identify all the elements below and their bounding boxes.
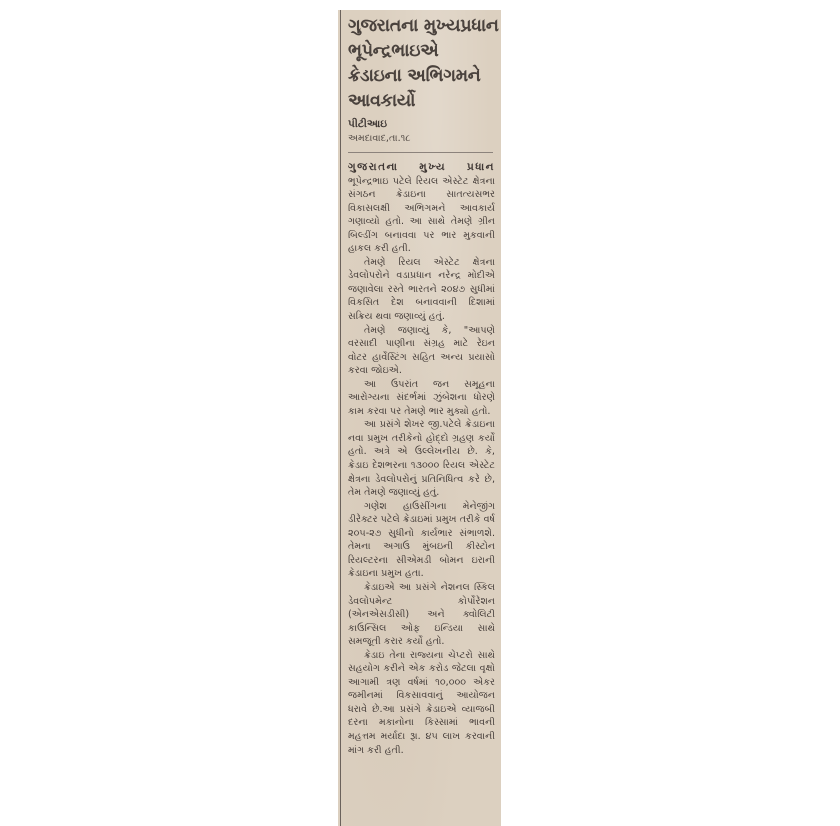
headline-line: ક્રેડાઇના અભિગમને — [348, 64, 495, 89]
headline-line: આવકાર્યો — [348, 89, 495, 114]
article-body: ગુજરાતના મુખ્ય પ્રધાન ભૂપેન્દ્રભાઇ પટેલે… — [348, 161, 495, 757]
article-paragraph: ગણેશ હાઉસીંગના મેનેજીંગ ડીરેક્ટર પટેલે ક… — [348, 500, 495, 581]
headline-line: ભૂપેન્દ્રભાઇએ — [348, 39, 495, 64]
lead-words: ગુજરાતના મુખ્ય પ્રધાન — [348, 161, 495, 173]
article-paragraph: ગુજરાતના મુખ્ય પ્રધાન ભૂપેન્દ્રભાઇ પટેલે… — [348, 161, 495, 256]
article-paragraph: ક્રેડાઇ તેના રાજ્યના ચેપ્ટરો સાથે સહયોગ … — [348, 649, 495, 757]
article-paragraph: તેમણે જણાવ્યું કે, "આપણે વરસાદી પાણીના સ… — [348, 324, 495, 378]
dateline: અમદાવાદ,તા.૧૮ — [348, 132, 493, 153]
article-paragraph: આ ઉપરાંત જન સમૂહના આરોગ્યના સંદર્ભમાં ઝુ… — [348, 378, 495, 419]
article-paragraph: આ પ્રસંગે શેખર જી.પટેલે ક્રેડાઇના નવા પ્… — [348, 418, 495, 499]
paragraph-text: ભૂપેન્દ્રભાઇ પટેલે રિયલ એસ્ટેટ ક્ષેત્રના… — [348, 176, 495, 255]
newspaper-clipping: ગુજરાતના મુખ્યપ્રધાન ભૂપેન્દ્રભાઇએ ક્રેડ… — [338, 10, 501, 826]
headline: ગુજરાતના મુખ્યપ્રધાન ભૂપેન્દ્રભાઇએ ક્રેડ… — [348, 14, 495, 114]
headline-line: ગુજરાતના મુખ્યપ્રધાન — [348, 14, 495, 39]
byline: પીટીઆઇ — [348, 116, 495, 132]
article-paragraph: ક્રેડાઇએ આ પ્રસંગે નેશનલ સ્કિલ ડેવલોપમેન… — [348, 581, 495, 649]
article-paragraph: તેમણે રિયલ એસ્ટેટ ક્ષેત્રના ડેવલોપરોને વ… — [348, 256, 495, 324]
